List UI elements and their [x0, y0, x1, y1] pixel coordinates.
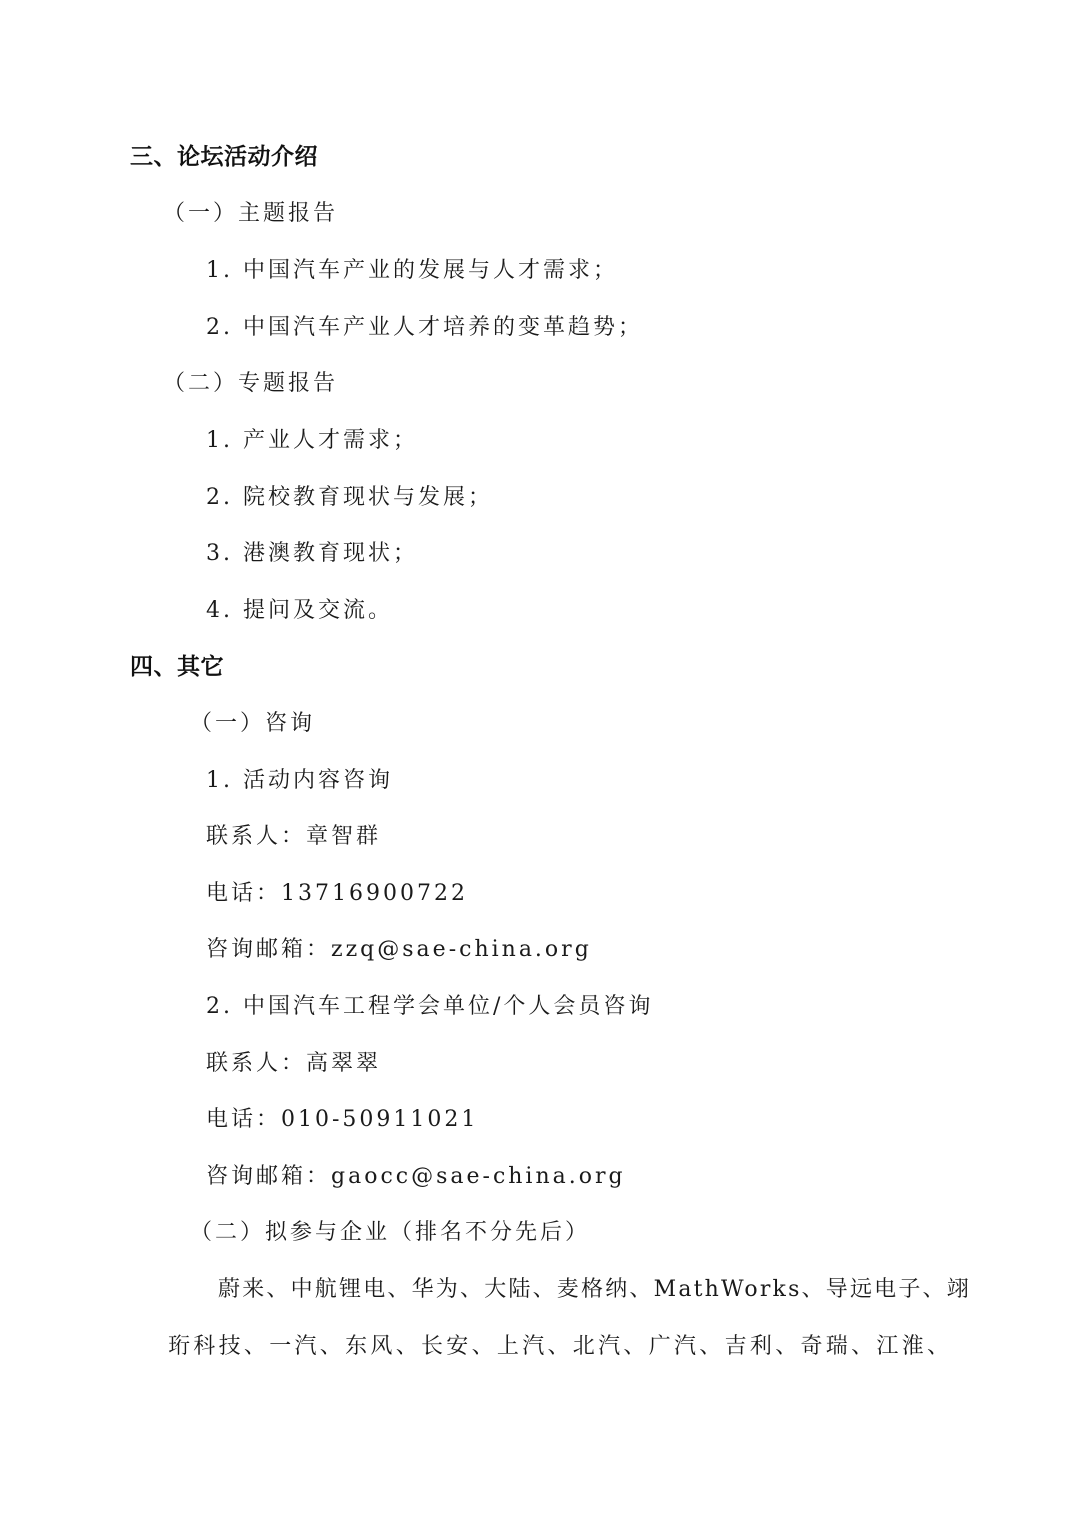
- list-item: 1. 中国汽车产业的发展与人才需求；: [206, 256, 618, 286]
- subsection-title-companies: （二）拟参与企业（排名不分先后）: [190, 1218, 590, 1248]
- company-list-line: 珩科技、一汽、东风、长安、上汽、北汽、广汽、吉利、奇瑞、江淮、: [168, 1332, 952, 1362]
- subsection-title-keynote: （一）主题报告: [163, 199, 338, 229]
- list-item: 2. 院校教育现状与发展；: [206, 483, 493, 513]
- list-item: 1. 产业人才需求；: [206, 426, 418, 456]
- section-heading-forum-activities: 三、论坛活动介绍: [130, 142, 318, 172]
- contact-phone: 电话：13716900722: [206, 879, 468, 909]
- section-heading-other: 四、其它: [130, 652, 224, 682]
- subsection-title-consult: （一）咨询: [190, 709, 315, 739]
- contact-person: 联系人：章智群: [206, 822, 381, 852]
- contact-person: 联系人：高翠翠: [206, 1049, 381, 1079]
- contact-email[interactable]: 咨询邮箱：gaocc@sae-china.org: [206, 1162, 626, 1192]
- contact-phone: 电话：010-50911021: [206, 1105, 478, 1135]
- list-item: 2. 中国汽车产业人才培养的变革趋势；: [206, 313, 643, 343]
- list-item: 3. 港澳教育现状；: [206, 539, 418, 569]
- consult-item-title: 2. 中国汽车工程学会单位/个人会员咨询: [206, 992, 653, 1022]
- consult-item-title: 1. 活动内容咨询: [206, 766, 393, 796]
- company-list-line: 蔚来、中航锂电、华为、大陆、麦格纳、MathWorks、导远电子、翊: [218, 1275, 971, 1305]
- subsection-title-special: （二）专题报告: [163, 369, 338, 399]
- list-item: 4. 提问及交流。: [206, 596, 393, 626]
- contact-email[interactable]: 咨询邮箱：zzq@sae-china.org: [206, 935, 592, 965]
